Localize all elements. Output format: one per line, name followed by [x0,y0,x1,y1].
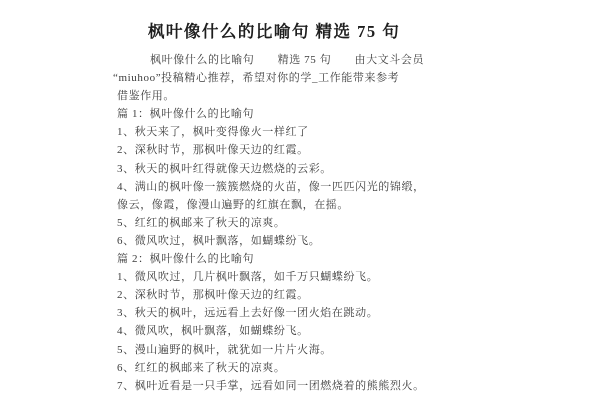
list-item: 6、微风吹过，枫叶飘落，如蝴蝶纷飞。 [117,232,537,250]
list-item: 2、深秋时节，那枫叶像天边的红霞。 [117,286,537,304]
list-item: 4、微风吹，枫叶飘落，如蝴蝶纷飞。 [117,322,537,340]
intro-line: 借鉴作用。 [117,87,537,105]
list-item: 1、秋天来了，枫叶变得像火一样红了 [117,123,537,141]
intro-line: “miuhoo”投稿精心推荐，希望对你的学_工作能带来参考 [113,69,537,87]
list-item: 5、漫山遍野的枫叶，就犹如一片片火海。 [117,341,537,359]
list-item: 5、红红的枫邮来了秋天的凉爽。 [117,214,537,232]
section-heading: 篇 2：枫叶像什么的比喻句 [117,250,537,268]
list-item: 7、枫叶近看是一只手掌，远看如同一团燃烧着的熊熊烈火。 [117,377,537,395]
list-item: 2、深秋时节，那枫叶像天边的红霞。 [117,141,537,159]
list-item: 6、红红的枫邮来了秋天的凉爽。 [117,359,537,377]
intro-line: 枫叶像什么的比喻句 精选 75 句 由大文斗会员 [117,51,537,69]
list-item: 1、微风吹过，几片枫叶飘落，如千万只蝴蝶纷飞。 [117,268,537,286]
section-heading: 篇 1：枫叶像什么的比喻句 [117,105,537,123]
list-item: 3、秋天的枫叶红得就像天边燃烧的云彩。 [117,160,537,178]
document-body: 枫叶像什么的比喻句 精选 75 句 由大文斗会员 “miuhoo”投稿精心推荐，… [117,51,537,395]
list-item: 3、秋天的枫叶，远远看上去好像一团火焰在跳动。 [117,304,537,322]
document-page: 枫叶像什么的比喻句 精选 75 句 枫叶像什么的比喻句 精选 75 句 由大文斗… [0,0,600,400]
list-item-continuation: 像云，像霞，像漫山遍野的红旗在飘，在摇。 [117,196,537,214]
list-item: 4、满山的枫叶像一簇簇燃烧的火苗，像一匹匹闪光的锦缎， [117,178,537,196]
page-title: 枫叶像什么的比喻句 精选 75 句 [0,22,548,42]
